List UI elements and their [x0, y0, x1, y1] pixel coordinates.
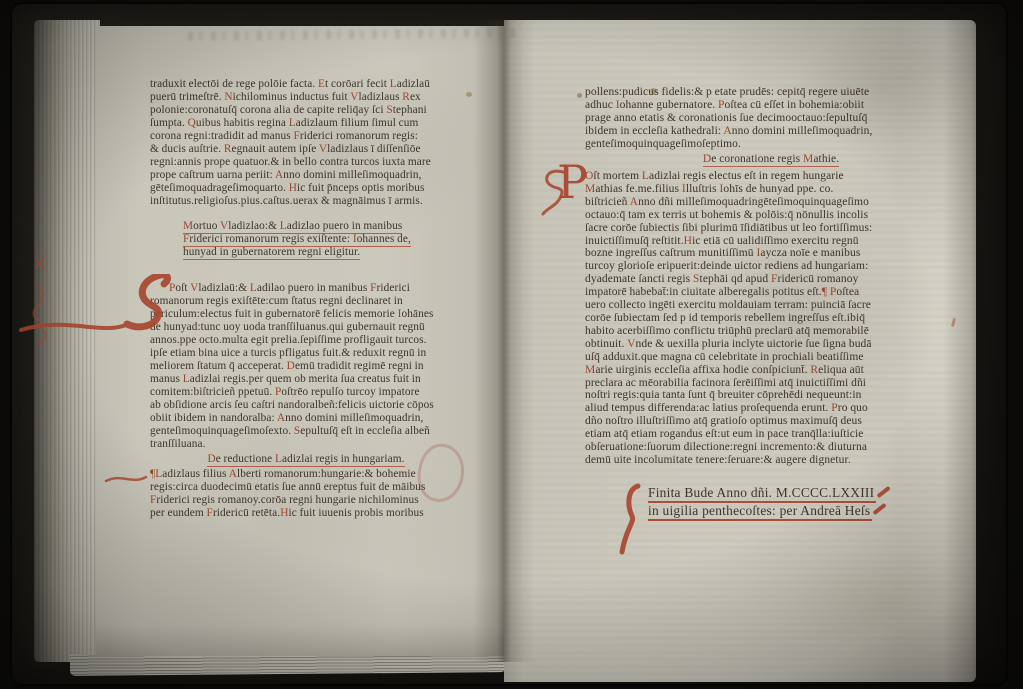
text-line: polonie:coronatuſq̄ corona alia de capit… [150, 104, 462, 117]
left-page-text-column: traduxit electōi de rege polōie facta. E… [150, 78, 462, 520]
text-line: corona regni:tradidit ad manus Friderici… [150, 130, 462, 143]
text-line: hunyad in gubernatorem regni eligitur. [183, 246, 462, 259]
paragraph-matthias: P Oſt mortem Ladizlai regis electus eſt … [585, 170, 957, 467]
text-line: uero collecto ingēti exercitu moldauiam … [585, 299, 957, 312]
text-line: inuictiſſimuſq̄ reſtitit.Hic etiā cū ual… [585, 235, 957, 248]
right-page-text-column: pollens:pudicus fidelis:& p etate prudēs… [585, 86, 957, 467]
text-line: puerū trimeſtrē. Nichilominus inductus f… [150, 91, 462, 104]
text-line: Poſt Vladizlaū:& Ladilao puero in manibu… [169, 282, 462, 295]
text-line: comitem:biſtricieñ ppetuū. Poſtrēo repul… [150, 386, 462, 399]
text-line: habito acerbiſſimo conflictu triūphū pre… [585, 325, 957, 338]
colophon-hess-1473: Finita Bude Anno dñi. M.CCCC.LXXIIIin ui… [648, 484, 894, 519]
text-line: romanorum regis exiſtēte:cum ſtatus regn… [150, 295, 462, 308]
text-line: etiam atq̄ etiam rogandus eſt:ut eum in … [585, 428, 957, 441]
text-line: & ducis auſtrie. Regnauit autem ipſe Vla… [150, 143, 462, 156]
text-line: prage anno etatis & coronationis ſue dec… [585, 112, 957, 125]
rubric-heading-gubernator: Mortuo Vladizlao:& Ladizlao puero in man… [183, 220, 462, 259]
paragraph-hunyadi: Poſt Vladizlaū:& Ladilao puero in manibu… [150, 282, 462, 451]
text-line: uſq̄ adduxit.que magna cū celebritate in… [585, 351, 957, 364]
text-line: regis:circa duodecimū etatis ſue annū er… [150, 481, 462, 494]
text-line: per eundem Fridericū retēta.Hic fuit iuu… [150, 507, 462, 520]
text-line: obiit ibidem in nandoralba: Anno domini … [150, 412, 462, 425]
text-line: prope caſtrum uarna periit: Anno domini … [150, 169, 462, 182]
text-line: Marie uirginis eccleſia affixa hodie con… [585, 364, 957, 377]
text-line: Friderici regis romanoy.corōa regni hung… [150, 494, 462, 507]
text-line: dyademate ſancti regis Stephāi qd apud F… [585, 273, 957, 286]
text-line: corōe ſubiectam ſed p id temporis rebell… [585, 312, 957, 325]
paper-stain-spot [577, 93, 582, 98]
text-line: Oſt mortem Ladizlai regis electus eſt in… [585, 170, 957, 183]
text-line: impatorē habebat̄:in ciuitate alberegali… [585, 286, 957, 299]
text-line: ¶Ladizlaus filius Alberti romanorum:hung… [150, 468, 462, 481]
text-line: dño noſtro illuſtriſſimo atq̄ gratioſo o… [585, 415, 957, 428]
text-line: noſtri regis:quia tanta ſunt q̄ breuiter… [585, 389, 957, 402]
text-line: ab obſidione arcis ſeu caſtri nandoralbe… [150, 399, 462, 412]
text-line: adhuc Iohanne gubernatore. Poſtea cū eſſ… [585, 99, 957, 112]
paper-stain-spot [466, 92, 472, 97]
text-line: obtinuit. Vnde & uexilla pluria inclyte … [585, 338, 957, 351]
text-line: turcoy glorioſe eripuerit:deinde uictor … [585, 260, 957, 273]
text-line: annos.ppe octo.multa egit prelia.ſepiſſi… [150, 334, 462, 347]
page-edges-left [34, 20, 100, 662]
text-line: de hunyad:tunc uoy uoda tranſſiluanus.qu… [150, 321, 462, 334]
text-line: demū uite incolumitate tenere:ſeruare:& … [585, 454, 957, 467]
text-line: ibidem in eccleſia kathedrali: Anno domi… [585, 125, 957, 138]
text-line: manus Ladizlai regis.per quem ob merita … [150, 373, 462, 386]
text-line: in uigilia penthecoſtes: per Andreā Heſs [648, 502, 894, 520]
text-line: octauo:q̄ tam ex terris ut bohemis & pol… [585, 209, 957, 222]
paragraph-ladislaus-death: pollens:pudicus fidelis:& p etate prudēs… [585, 86, 957, 151]
text-line: Mathias fe.me.filius Illuſtris Iohīs de … [585, 183, 957, 196]
text-line: meliorem ſtatum q̄ acceperat. Demū tradi… [150, 360, 462, 373]
text-line: aliud tempus differenda:ac latius proſeq… [585, 402, 957, 415]
lombard-initial-P: P [557, 162, 588, 202]
text-line: preclara ac mēorabilia facinora ſerēiſſi… [585, 377, 957, 390]
text-line: Friderici romanorum regis exiſtente: Ioh… [183, 233, 462, 246]
text-line: De reductione Ladizlai regis in hungaria… [150, 453, 462, 466]
photograph-open-book: traduxit electōi de rege polōie facta. E… [0, 0, 1023, 689]
text-line: biſtricieñ Anno dñi milleſimoquadringēte… [585, 196, 957, 209]
text-line: ſumpta. Quibus habitis regina Ladizlaum … [150, 117, 462, 130]
text-line: De coronatione regis Mathie. [585, 153, 957, 166]
text-line: periculum:electus fuit in gubernatorē fe… [150, 308, 462, 321]
paragraph-wladislaus: traduxit electōi de rege polōie facta. E… [150, 78, 462, 208]
text-line: pollens:pudicus fidelis:& p etate prudēs… [585, 86, 957, 99]
text-line: ſacre corōe ſubiectis ſibi plurimū īſidi… [585, 222, 957, 235]
text-line: genteſimoquinquageſimoſexto. Sepultuſq̄ … [150, 425, 462, 438]
text-line: genteſimoquinquageſimoſeptimo. [585, 138, 957, 151]
text-line: ipſe etiam bina uice a turcis pfligatus … [150, 347, 462, 360]
text-line: traduxit electōi de rege polōie facta. E… [150, 78, 462, 91]
paragraph-ladislaus-posthumus: ¶Ladizlaus filius Alberti romanorum:hung… [150, 468, 462, 520]
text-line: inſtitutus.religioſus.pius.caſtus.uerax … [150, 195, 462, 208]
text-line: Mortuo Vladizlao:& Ladizlao puero in man… [183, 220, 462, 233]
text-line: regni:annis prope quatuor.& in bello con… [150, 156, 462, 169]
text-line: Finita Bude Anno dñi. M.CCCC.LXXIII [648, 484, 894, 502]
text-line: obſeruatione:ſuorum dilectione:regni inc… [585, 441, 957, 454]
text-line: gēteſimoquadrageſimoquarto. Hic fuit p̄n… [150, 182, 462, 195]
text-line: tranſſiluana. [150, 438, 462, 451]
text-line: bozne ingreſſus caſtrum munitiſſimū Iayc… [585, 247, 957, 260]
rubric-heading-coronatione-mathie: De coronatione regis Mathie. [585, 153, 957, 166]
rubric-heading-reductione: De reductione Ladizlai regis in hungaria… [150, 453, 462, 466]
